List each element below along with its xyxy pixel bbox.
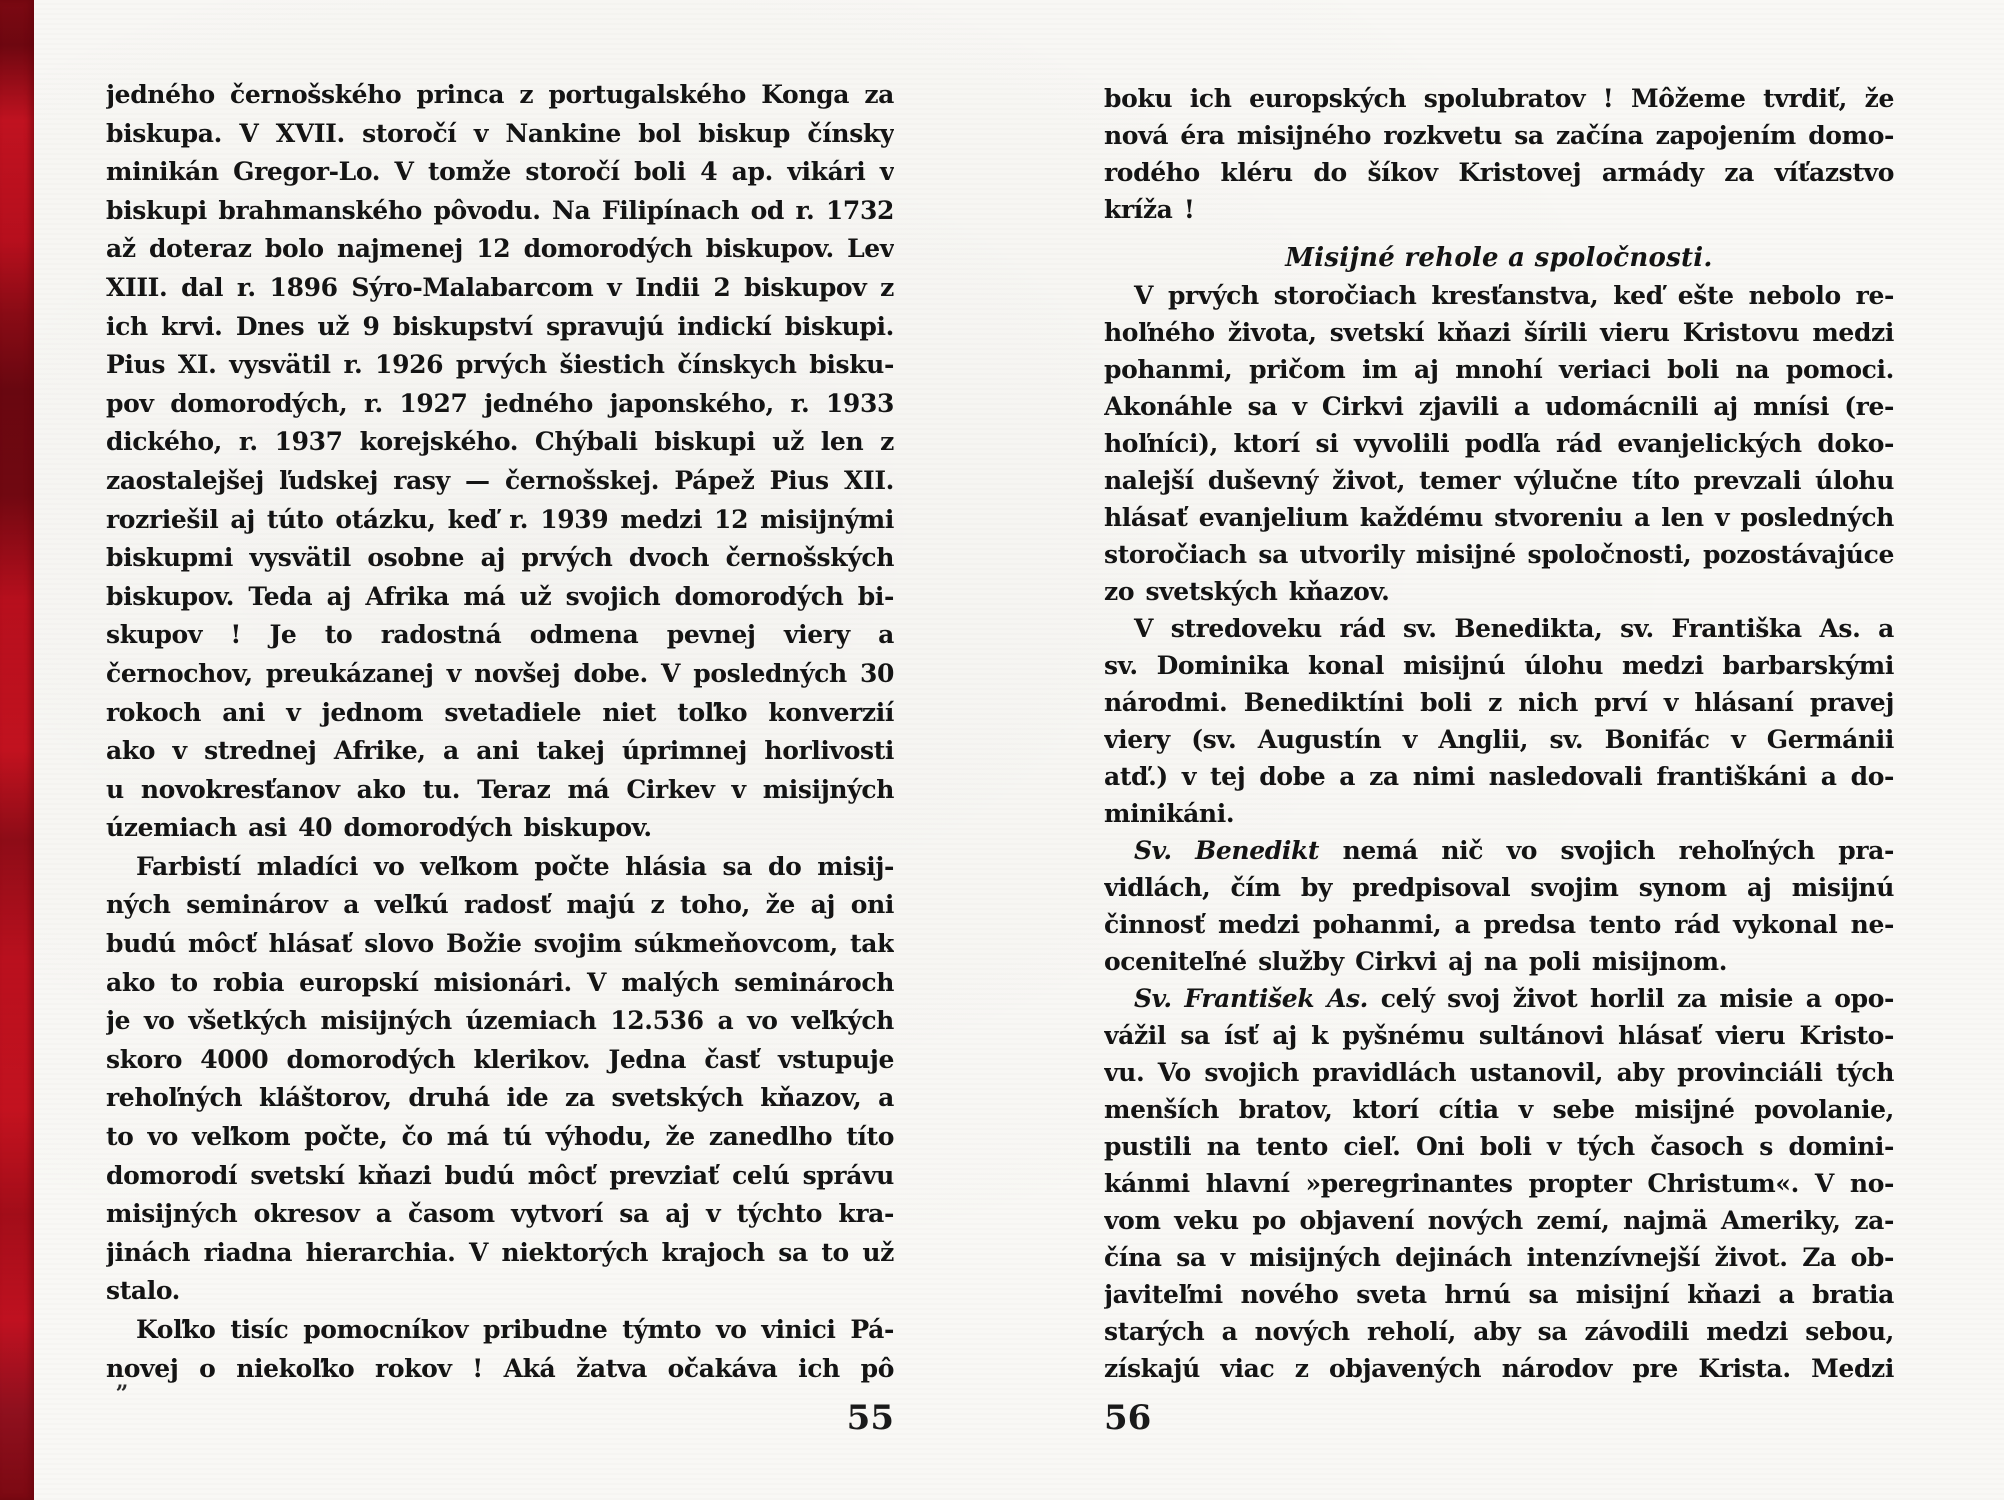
text-line: misijných okresov a časom vytvorí sa aj … (106, 1195, 894, 1234)
text-line: Akonáhle sa v Cirkvi zjavili a udomácnil… (1104, 388, 1894, 425)
text-line: novej o niekoľko rokov ! Aká žatva očaká… (106, 1350, 894, 1389)
text-line: činnosť medzi pohanmi, a predsa tento rá… (1104, 906, 1894, 943)
text-line: národmi. Benediktíni boli z nich prví v … (1104, 684, 1894, 721)
text-line: biskupa. V XVII. storočí v Nankine bol b… (106, 115, 894, 154)
red-book-edge-strip (0, 0, 34, 1500)
text-line: V stredoveku rád sv. Benedikta, sv. Fran… (1104, 610, 1894, 647)
text-line: XIII. dal r. 1896 Sýro-Malabarcom v Indi… (106, 269, 894, 308)
text-line: nová éra misijného rozkvetu sa začína za… (1104, 117, 1894, 154)
text-line: javiteľmi nového sveta hrnú sa misijní k… (1104, 1276, 1894, 1313)
text-line: vážil sa ísť aj k pyšnému sultánovi hlás… (1104, 1017, 1894, 1054)
text-line: Sv. Benedikt nemá nič vo svojich rehoľný… (1104, 832, 1894, 869)
text-line: čína sa v misijných dejinách intenzívnej… (1104, 1239, 1894, 1276)
section-heading: Misijné rehole a spoločnosti. (1104, 240, 1894, 277)
text-line: Koľko tisíc pomocníkov pribudne týmto vo… (106, 1311, 894, 1350)
text-line: Pius XI. vysvätil r. 1926 prvých šiestic… (106, 346, 894, 385)
text-line: vom veku po objavení nových zemí, najmä … (1104, 1202, 1894, 1239)
text-line: hoľníci), ktorí si vyvolili podľa rád ev… (1104, 425, 1894, 462)
text-line: ných seminárov a veľkú radosť majú z toh… (106, 886, 894, 925)
text-line: pohanmi, pričom im aj mnohí veriaci boli… (1104, 351, 1894, 388)
text-line: menších bratov, ktorí cítia v sebe misij… (1104, 1091, 1894, 1128)
text-line: zaostalejšej ľudskej rasy — černošskej. … (106, 462, 894, 501)
text-line: hlásať evanjelium každému stvoreniu a le… (1104, 499, 1894, 536)
text-line: nalejší duševný život, temer výlučne tít… (1104, 462, 1894, 499)
text-line: minikán Gregor-Lo. V tomže storočí boli … (106, 153, 894, 192)
text-line: rehoľných kláštorov, druhá ide za svetsk… (106, 1079, 894, 1118)
left-page-text: jedného černošského princa z portugalské… (106, 76, 894, 1388)
text-line: viery (sv. Augustín v Anglii, sv. Bonifá… (1104, 721, 1894, 758)
text-line: stalo. (106, 1272, 894, 1311)
text-line: budú môcť hlásať slovo Božie svojim súkm… (106, 925, 894, 964)
scan-artifact-mark: „ (116, 1368, 129, 1394)
text-line: rodého kléru do šíkov Kristovej armády z… (1104, 154, 1894, 191)
emphasis-phrase: Sv. František As. (1134, 984, 1368, 1013)
text-line: jedného černošského princa z portugalské… (106, 76, 894, 115)
text-line: biskupmi vysvätil osobne aj prvých dvoch… (106, 539, 894, 578)
text-line: biskupov. Teda aj Afrika má už svojich d… (106, 578, 894, 617)
text-line: biskupi brahmanského pôvodu. Na Filipína… (106, 192, 894, 231)
page-number-55: 55 (106, 1398, 894, 1438)
text-line: minikáni. (1104, 795, 1894, 832)
text-line: kánmi hlavní »peregrinantes propter Chri… (1104, 1165, 1894, 1202)
text-line: ako v strednej Afrike, a ani takej úprim… (106, 732, 894, 771)
text-line: boku ich europských spolubratov ! Môžeme… (1104, 80, 1894, 117)
text-line: storočiach sa utvorily misijné spoločnos… (1104, 536, 1894, 573)
text-line: starých a nových reholí, aby sa závodili… (1104, 1313, 1894, 1350)
text-line: dického, r. 1937 korejského. Chýbali bis… (106, 423, 894, 462)
text-line: hoľného života, svetskí kňazi šírili vie… (1104, 314, 1894, 351)
text-line: Sv. František As. celý svoj život horlil… (1104, 980, 1894, 1017)
text-line: V prvých storočiach kresťanstva, keď ešt… (1104, 277, 1894, 314)
text-line: vu. Vo svojich pravidlách ustanovil, aby… (1104, 1054, 1894, 1091)
text-line: kríža ! (1104, 191, 1894, 228)
text-line: to vo veľkom počte, čo má tú výhodu, že … (106, 1118, 894, 1157)
text-line: až doteraz bolo najmenej 12 domorodých b… (106, 230, 894, 269)
text-line: rokoch ani v jednom svetadiele niet toľk… (106, 694, 894, 733)
book-scan-spread: jedného černošského princa z portugalské… (0, 0, 2004, 1500)
text-line: Farbistí mladíci vo veľkom počte hlásia … (106, 848, 894, 887)
text-line: získajú viac z objavených národov pre Kr… (1104, 1350, 1894, 1387)
text-line: ako to robia europskí misionári. V malýc… (106, 964, 894, 1003)
text-line: oceniteľné služby Cirkvi aj na poli misi… (1104, 943, 1894, 980)
text-line: jinách riadna hierarchia. V niektorých k… (106, 1234, 894, 1273)
text-line: pov domorodých, r. 1927 jedného japonské… (106, 385, 894, 424)
text-line: černochov, preukázanej v novšej dobe. V … (106, 655, 894, 694)
text-line: sv. Dominika konal misijnú úlohu medzi b… (1104, 647, 1894, 684)
text-line: zo svetských kňazov. (1104, 573, 1894, 610)
text-line: pustili na tento cieľ. Oni boli v tých č… (1104, 1128, 1894, 1165)
text-line: skoro 4000 domorodých klerikov. Jedna ča… (106, 1041, 894, 1080)
text-line: je vo všetkých misijných územiach 12.536… (106, 1002, 894, 1041)
text-line: rozriešil aj túto otázku, keď r. 1939 me… (106, 501, 894, 540)
emphasis-phrase: Sv. Benedikt (1134, 836, 1319, 865)
text-line: územiach asi 40 domorodých biskupov. (106, 809, 894, 848)
text-line: skupov ! Je to radostná odmena pevnej vi… (106, 616, 894, 655)
right-page-text: boku ich europských spolubratov ! Môžeme… (1104, 80, 1894, 1387)
text-line: atď.) v tej dobe a za nimi nasledovali f… (1104, 758, 1894, 795)
text-line: domorodí svetskí kňazi budú môcť prevzia… (106, 1157, 894, 1196)
text-line: u novokresťanov ako tu. Teraz má Cirkev … (106, 771, 894, 810)
text-line: vidlách, čím by predpisoval svojim synom… (1104, 869, 1894, 906)
text-line: ich krvi. Dnes už 9 biskupství spravujú … (106, 308, 894, 347)
page-number-56: 56 (1104, 1398, 1304, 1438)
